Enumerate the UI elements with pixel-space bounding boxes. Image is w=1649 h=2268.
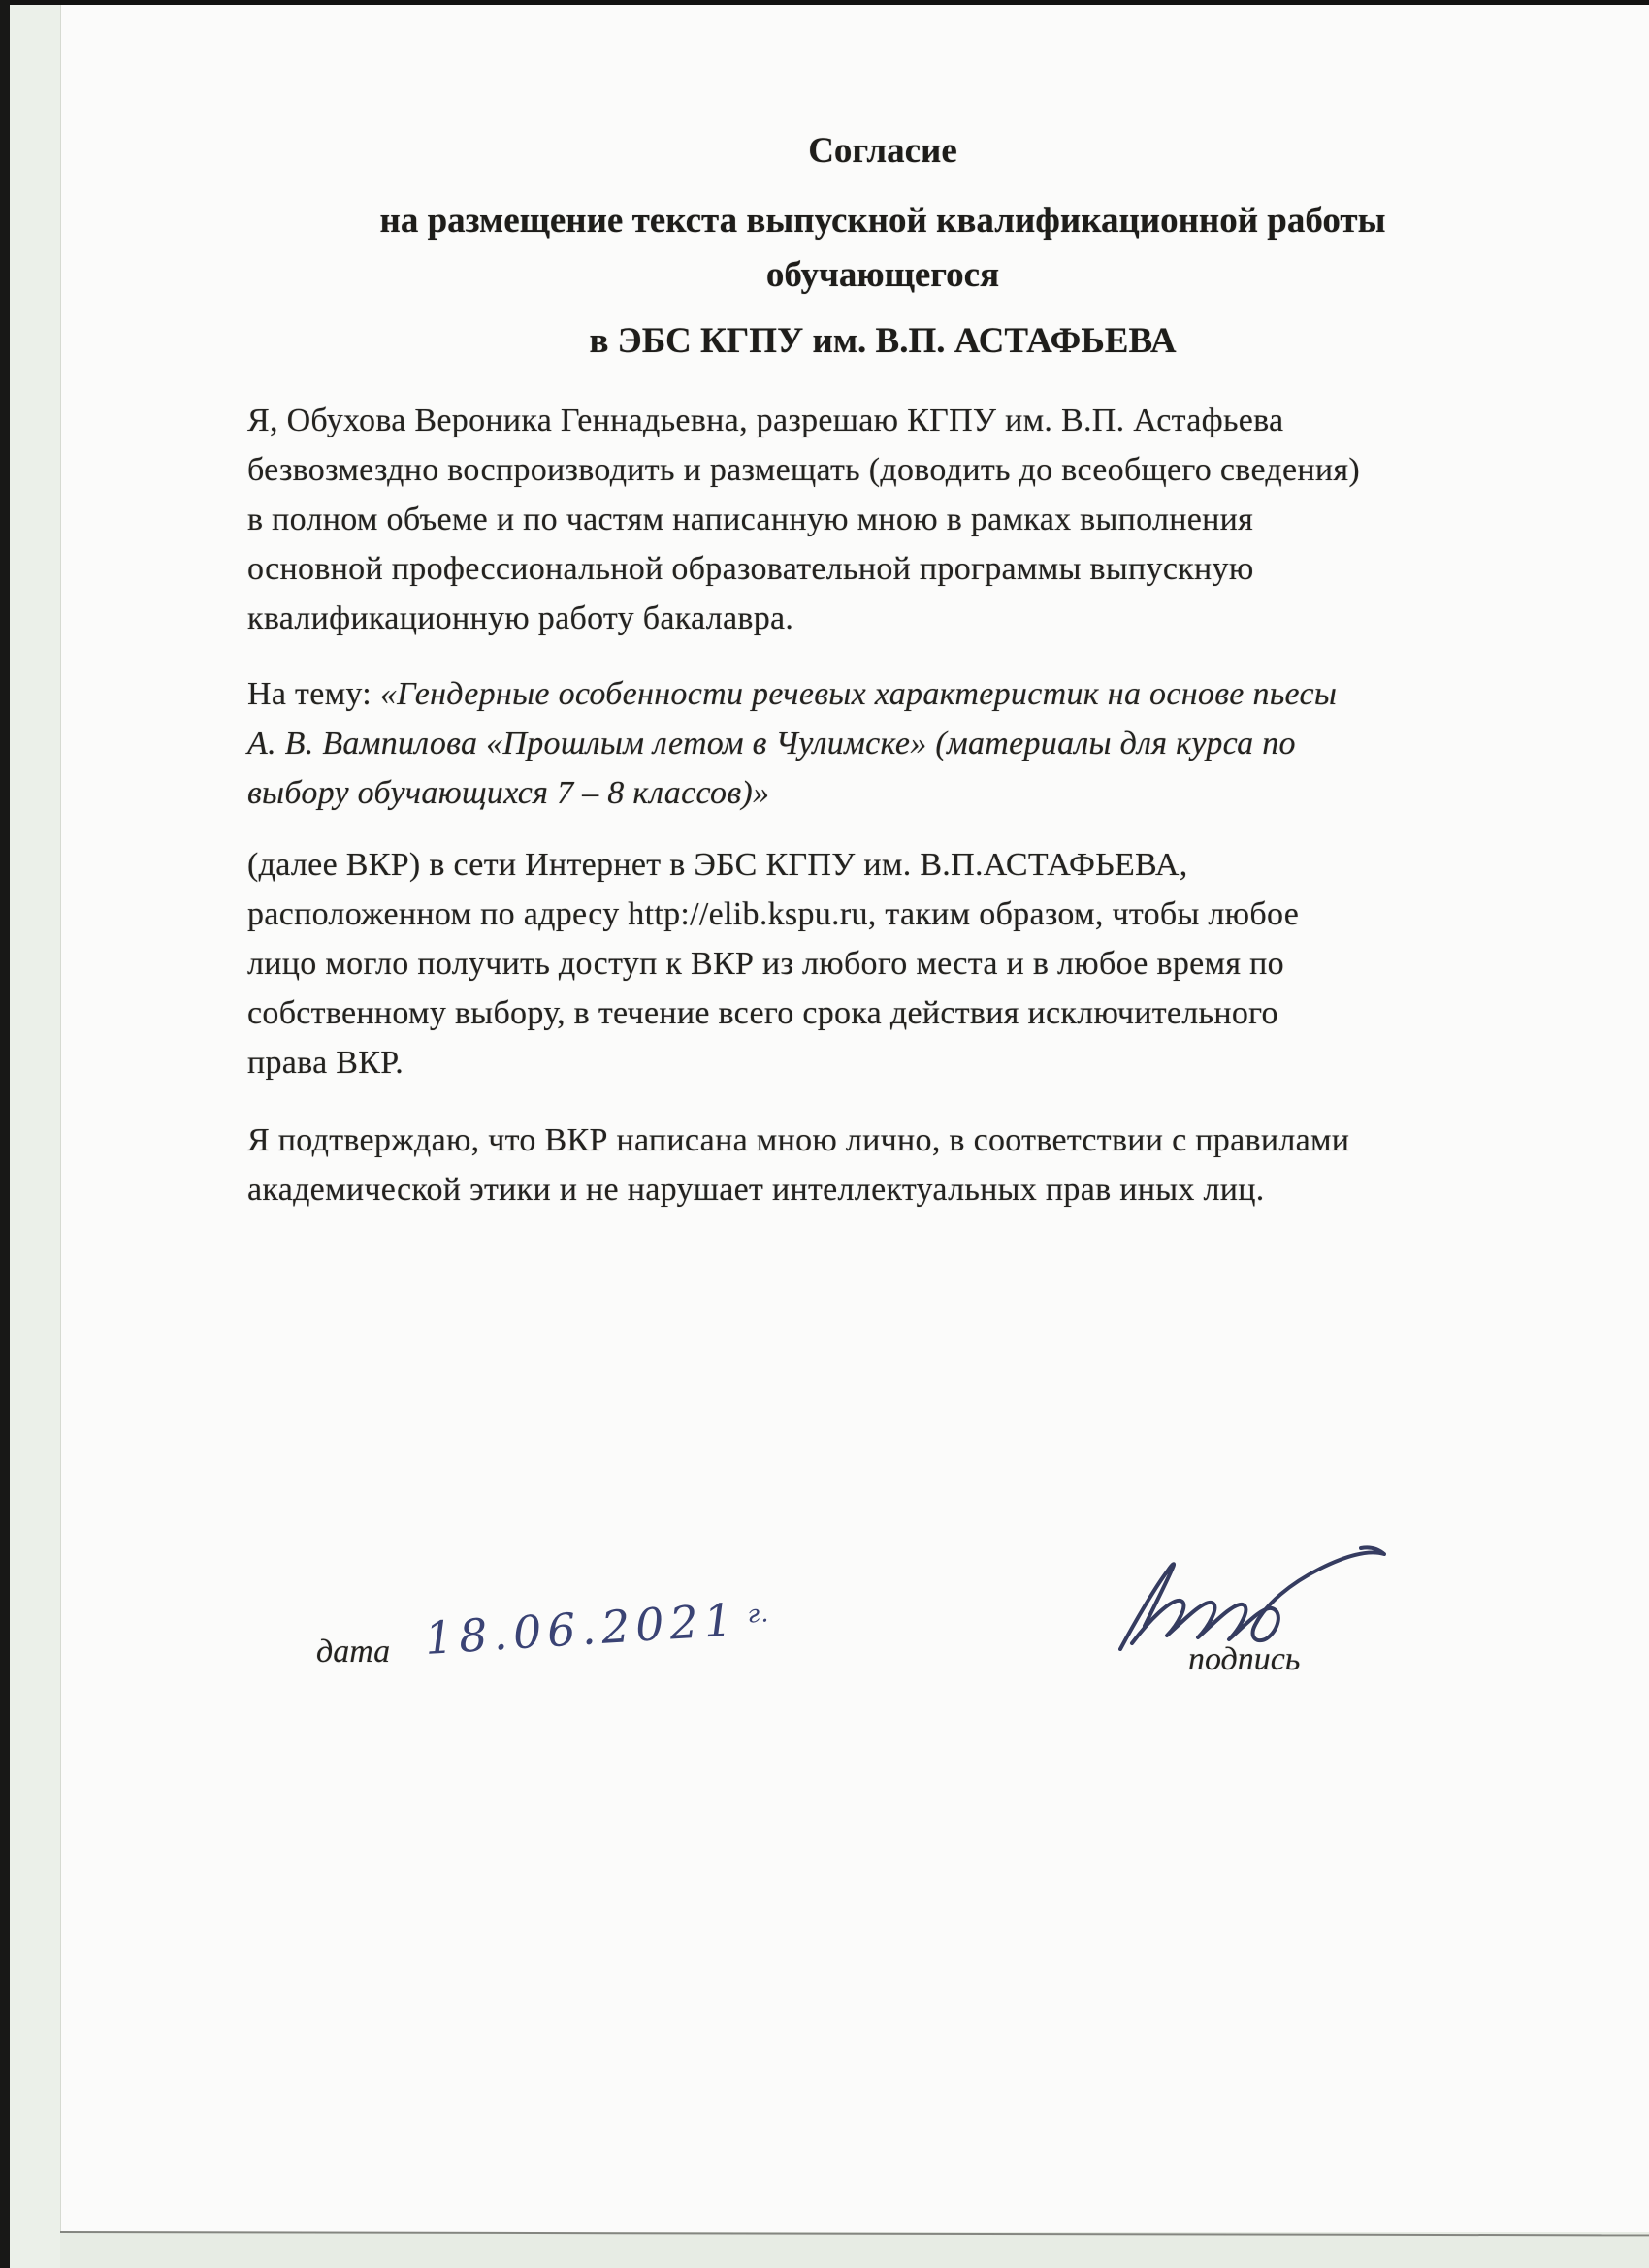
- scanned-consent-document: { "document": { "title": "Согласие", "su…: [0, 0, 1649, 2268]
- paragraph-topic: На тему: «Гендерные особенности речевых …: [247, 669, 1518, 818]
- topic-title-part-1: «Гендерные особенности речевых характери…: [380, 676, 1337, 712]
- topic-title-part-2: А. В. Вампилова «Прошлым летом в Чулимск…: [247, 719, 1518, 768]
- text-line: Я подтверждаю, что ВКР написана мною лич…: [247, 1116, 1518, 1165]
- paragraph-ethics: Я подтверждаю, что ВКР написана мною лич…: [247, 1116, 1518, 1215]
- text-line: в полном объеме и по частям написанную м…: [247, 495, 1518, 544]
- date-label: дата: [316, 1634, 390, 1670]
- text-line: квалификационную работу бакалавра.: [247, 594, 1518, 643]
- text-line: собственному выбору, в течение всего сро…: [247, 988, 1518, 1038]
- paragraph-permission: Я, Обухова Вероника Геннадьевна, разреша…: [247, 396, 1518, 643]
- paragraph-access: (далее ВКР) в сети Интернет в ЭБС КГПУ и…: [247, 840, 1518, 1087]
- scanner-bed-strip: [10, 5, 60, 2268]
- text-line: Я, Обухова Вероника Геннадьевна, разреша…: [247, 396, 1518, 445]
- text-line: лицо могло получить доступ к ВКР из любо…: [247, 939, 1518, 988]
- text-line: (далее ВКР) в сети Интернет в ЭБС КГПУ и…: [247, 840, 1518, 890]
- subtitle-line-2: обучающегося: [116, 248, 1649, 303]
- text-line: основной профессиональной образовательно…: [247, 544, 1518, 594]
- text-line: академической этики и не нарушает интелл…: [247, 1165, 1518, 1215]
- text-line: На тему: «Гендерные особенности речевых …: [247, 669, 1518, 719]
- text-line: права ВКР.: [247, 1038, 1518, 1087]
- text-line: безвозмездно воспроизводить и размещать …: [247, 445, 1518, 495]
- document-title: Согласие: [116, 124, 1649, 178]
- signature-label: подпись: [1188, 1641, 1300, 1678]
- handwritten-date-suffix: г.: [747, 1599, 770, 1628]
- document-subtitle: на размещение текста выпускной квалифика…: [116, 194, 1649, 303]
- scan-left-edge: [0, 0, 10, 2268]
- topic-title-part-3: выбору обучающихся 7 – 8 классов)»: [247, 768, 1518, 818]
- text-line: расположенном по адресу http://elib.kspu…: [247, 890, 1518, 939]
- topic-prefix: На тему:: [247, 676, 380, 712]
- subtitle-line-1: на размещение текста выпускной квалифика…: [116, 194, 1649, 248]
- document-subtitle-ebs: в ЭБС КГПУ им. В.П. АСТАФЬЕВА: [116, 314, 1649, 369]
